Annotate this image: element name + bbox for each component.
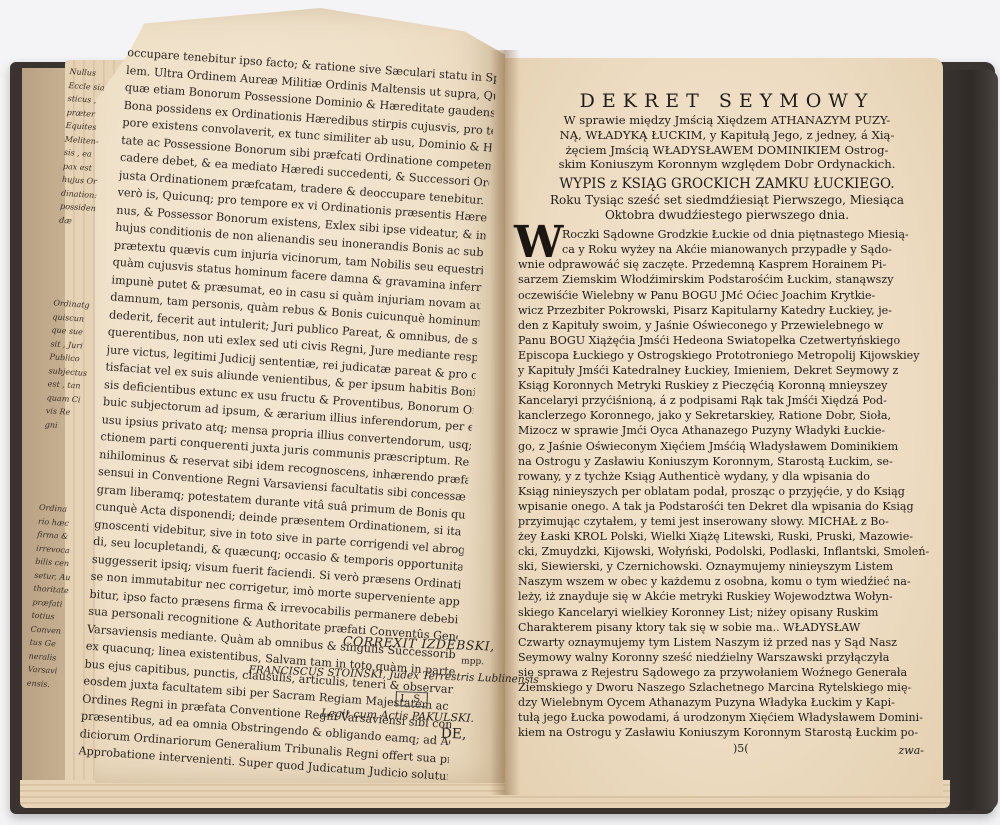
text-line: go, z Jaśnie Oświeconym Xięćiem Jmśćią W… bbox=[518, 439, 936, 454]
text-line: żey Łaski KROL Polski, Wielki Xiążę Lite… bbox=[518, 529, 936, 544]
text-line: rowany, y z tychże Ksiąg Authenticè wyda… bbox=[518, 469, 936, 484]
text-line: Seymowy walny Koronny sześć niedźielny W… bbox=[518, 650, 936, 665]
wypis-title: WYPIS z KSIĄG GROCKICH ZAMKU ŁUCKIEGO. bbox=[518, 175, 936, 193]
text-line: Ksiąg ninieyszych per oblatam podał, pro… bbox=[518, 484, 936, 499]
text-line: wicz Przezbiter Pokrowski, Pisarz Kapitu… bbox=[518, 303, 936, 318]
text-line: ski, Siewierski, y Czernichowski. Oznaym… bbox=[518, 559, 936, 574]
text-line: Episcopa Łuckiego y Ostrogskiego Prototr… bbox=[518, 348, 936, 363]
right-catchword: zwa- bbox=[899, 744, 925, 757]
heading-line: NĄ, WŁADYKĄ ŁUCKIM, y Kapitułą Jego, z j… bbox=[518, 128, 936, 143]
page-footer: )5( zwa- bbox=[518, 742, 936, 760]
text-line: y Kapituły Jmśći Katedralney Łuckiey, Im… bbox=[518, 363, 936, 378]
text-line: wpisanie onego. A tak ja Podstarośći ten… bbox=[518, 499, 936, 514]
text-line: przyimując czytałem, y temi jest inserow… bbox=[518, 514, 936, 529]
heading-line: W sprawie między Jmścią Xiędzem ATHANAZY… bbox=[518, 113, 936, 128]
text-line: gni bbox=[44, 418, 103, 436]
text-line: Ziemskiego y Dworu Naszego Szlachetnego … bbox=[518, 680, 936, 695]
text-line: tułą jego Łucka powodami, á urodzonym Xi… bbox=[518, 710, 936, 725]
text-line: Roczki Sądowne Grodzkie Łuckie od dnia p… bbox=[518, 227, 936, 242]
text-line: cki, Zmuydzki, Kijowski, Wołyński, Podol… bbox=[518, 544, 936, 559]
text-line: Ksiąg Koronnych Metryki Ruskiey z Pieczę… bbox=[518, 378, 936, 393]
left-page-signatures: CORREXIT IZDEBSKI, mpp. FRANCISCUS STOIN… bbox=[246, 630, 495, 743]
heading-line: żęciem Jmścią WŁADYSŁAWEM DOMINIKIEM Ost… bbox=[518, 143, 936, 158]
book-photo: NullusEccle siasticus ,præterEquitesMeli… bbox=[0, 0, 1000, 825]
text-line: Naszym wszem w obec y każdemu z osobna, … bbox=[518, 574, 936, 589]
text-line: Panu BOGU Xiążęćia Jmśći Hedeona Swiatop… bbox=[518, 333, 936, 348]
text-line: wnie odprawowáć się zaczęte. Przedemną K… bbox=[518, 257, 936, 272]
drop-cap: W bbox=[514, 226, 563, 260]
text-line: leży, iż znayduje się w Akćie metryki Ru… bbox=[518, 589, 936, 604]
text-line: sarzem Ziemskim Włodźimirskim Podstarość… bbox=[518, 272, 936, 287]
date-line: Oktobra dwudźiestego pierwszego dnia. bbox=[518, 208, 936, 223]
text-line: skiego Kancelaryi wielkiey Koronney List… bbox=[518, 605, 936, 620]
right-page-text: DEKRET SEYMOWY W sprawie między Jmścią X… bbox=[518, 90, 936, 760]
heading-block: W sprawie między Jmścią Xiędzem ATHANAZY… bbox=[518, 113, 936, 172]
text-line: Kancelaryi przyćiśnioną, á z podpisami R… bbox=[518, 393, 936, 408]
text-line: dzy Wielebnym Oycem Athanazym Puzyna Wła… bbox=[518, 695, 936, 710]
heading-line: skim Koniuszym Koronnym względem Dobr Or… bbox=[518, 157, 936, 172]
text-line: Charakterem pisany ktory tak się w sobie… bbox=[518, 620, 936, 635]
text-line: się sprawa z Rejestru Sądowego za przywo… bbox=[518, 665, 936, 680]
seal-mark: L. S. bbox=[395, 691, 428, 707]
text-line: den z Kapituły swoim, y Jaśnie Oświecone… bbox=[518, 318, 936, 333]
body-text: W Roczki Sądowne Grodzkie Łuckie od dnia… bbox=[518, 227, 936, 740]
page-signature-mark: )5( bbox=[733, 742, 749, 755]
text-line: na Ostrogu y Zasławiu Koniuszym Koronnym… bbox=[518, 454, 936, 469]
text-line: kiem na Ostrogu y Zasławiu Koniuszym Kor… bbox=[518, 725, 936, 740]
text-line: oczewiśćie Wielebny w Panu BOGU JMć Oćie… bbox=[518, 288, 936, 303]
body-lines: Roczki Sądowne Grodzkie Łuckie od dnia p… bbox=[518, 227, 936, 740]
date-line: Roku Tysiąc sześć set siedmdźiesiąt Pier… bbox=[518, 193, 936, 208]
page-title: DEKRET SEYMOWY bbox=[518, 90, 936, 112]
text-line: ca y Roku wyżey na Akćie mianowanych prz… bbox=[518, 242, 936, 257]
text-line: Mizocz w sprawie Jmći Oyca Athanazego Pu… bbox=[518, 423, 936, 438]
text-line: dæ bbox=[59, 213, 118, 231]
text-line: Czwarty oznaymujemy tym Listem Naszym iż… bbox=[518, 635, 936, 650]
text-line: kanclerzego Koronnego, jako y Sekretarsk… bbox=[518, 408, 936, 423]
